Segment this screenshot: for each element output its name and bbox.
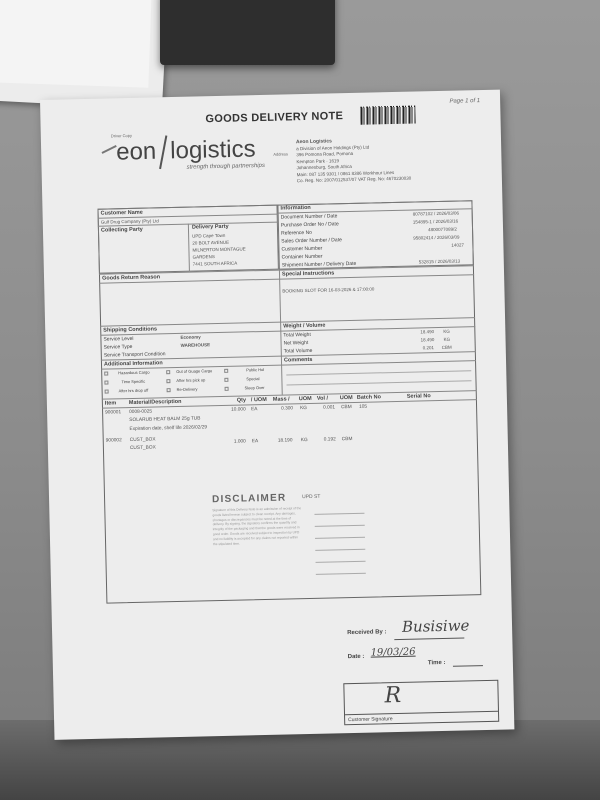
date-value[interactable]: 19/03/26 [371, 647, 416, 659]
document-title: GOODS DELIVERY NOTE [205, 110, 343, 125]
special-instructions-header: Special Instructions [282, 270, 334, 277]
public-hol-checkbox[interactable] [224, 369, 228, 373]
weight-volume-header: Weight / Volume [283, 323, 325, 330]
re-delivery-checkbox[interactable] [167, 388, 171, 392]
goods-delivery-note: Page 1 of 1 GOODS DELIVERY NOTE Driver C… [40, 90, 514, 740]
shipping-conditions-header: Shipping Conditions [103, 326, 157, 333]
sleep-over-checkbox[interactable] [225, 387, 229, 391]
customer-signature: R [384, 683, 401, 708]
received-by-value[interactable]: Busisiwe [402, 616, 470, 636]
out-of-gauge-checkbox[interactable] [166, 370, 170, 374]
received-by-label: Received By : [347, 629, 386, 636]
customer-signature-label: Customer Signature [345, 711, 498, 724]
special-checkbox[interactable] [224, 378, 228, 382]
barcode [360, 105, 415, 124]
stacked-papers-top [0, 0, 152, 88]
hazardous-cargo-checkbox[interactable] [104, 372, 108, 376]
address-label: Address [273, 151, 288, 156]
collecting-party-label: Collecting Party [101, 227, 143, 234]
delivery-party-label: Delivery Party [192, 224, 229, 231]
time-label: Time : [428, 660, 446, 666]
page-number: Page 1 of 1 [449, 98, 480, 105]
time-specific-checkbox[interactable] [104, 381, 108, 385]
logo-swoosh-icon [102, 145, 117, 154]
dark-object [160, 0, 335, 65]
after-hrs-pickup-checkbox[interactable] [166, 379, 170, 383]
after-hrs-dropoff-checkbox[interactable] [105, 390, 109, 394]
logo-tagline: strength through partnerships [187, 163, 266, 171]
date-label: Date : [348, 654, 365, 660]
comments-header: Comments [284, 357, 313, 364]
information-header: Information [280, 205, 310, 212]
customer-signature-box[interactable]: R Customer Signature [343, 680, 499, 726]
company-info: Aeon Logistics a Division of Aeon Holdin… [296, 137, 411, 185]
delivery-party-address: UPD Cape Town 20 BOLT AVENUE MILNERTON M… [192, 231, 246, 267]
customer-name-label: Customer Name [101, 210, 143, 217]
